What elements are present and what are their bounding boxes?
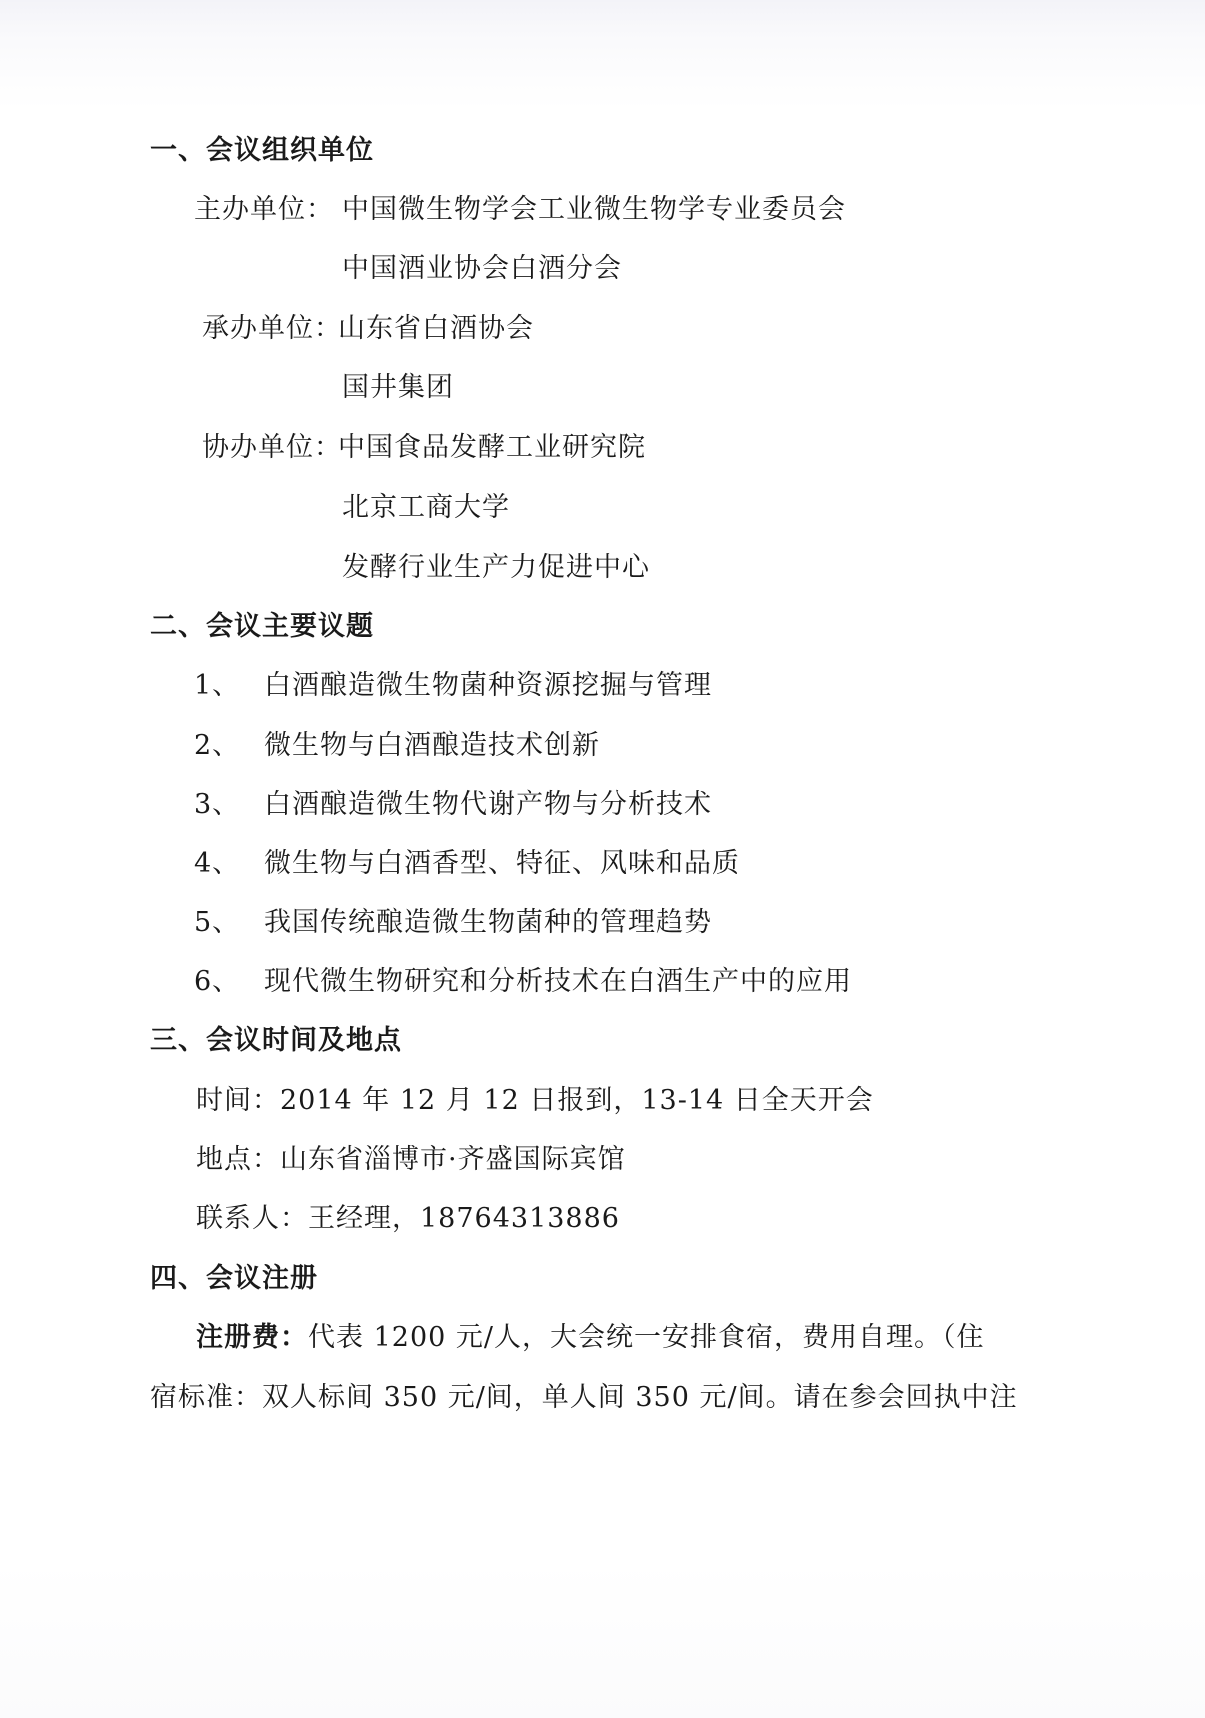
topic-number: 4、 bbox=[194, 847, 264, 881]
topic-text: 白酒酿造微生物菌种资源挖掘与管理 bbox=[264, 670, 712, 701]
topic-text: 白酒酿造微生物代谢产物与分析技术 bbox=[264, 789, 712, 820]
co-organizer-unit-3: 发酵行业生产力促进中心 bbox=[342, 551, 650, 585]
topic-text: 微生物与白酒酿造技术创新 bbox=[264, 730, 600, 761]
topic-number: 6、 bbox=[194, 965, 264, 999]
fee-text-1: 代表 1200 元/人，大会统一安排食宿，费用自理。（住 bbox=[308, 1322, 984, 1353]
topic-item: 5、我国传统酿造微生物菌种的管理趋势 bbox=[194, 906, 712, 940]
topic-text: 现代微生物研究和分析技术在白酒生产中的应用 bbox=[264, 966, 852, 997]
topic-item: 1、白酒酿造微生物菌种资源挖掘与管理 bbox=[194, 669, 712, 703]
topic-item: 2、微生物与白酒酿造技术创新 bbox=[194, 729, 600, 763]
co-organizer-label: 协办单位： bbox=[202, 431, 342, 465]
meeting-time: 时间：2014 年 12 月 12 日报到，13-14 日全天开会 bbox=[196, 1084, 874, 1118]
topic-text: 微生物与白酒香型、特征、风味和品质 bbox=[264, 848, 740, 879]
organizer-unit-1: 山东省白酒协会 bbox=[338, 312, 534, 346]
fee-label: 注册费： bbox=[196, 1322, 308, 1353]
section-heading-topics: 二、会议主要议题 bbox=[150, 610, 374, 644]
host-unit-2: 中国酒业协会白酒分会 bbox=[342, 252, 622, 286]
registration-fee-line-1: 注册费：代表 1200 元/人，大会统一安排食宿，费用自理。（住 bbox=[196, 1321, 984, 1355]
organizer-unit-2: 国井集团 bbox=[342, 371, 454, 405]
topic-item: 4、微生物与白酒香型、特征、风味和品质 bbox=[194, 847, 740, 881]
organizer-label: 承办单位： bbox=[202, 312, 342, 346]
topic-text: 我国传统酿造微生物菌种的管理趋势 bbox=[264, 907, 712, 938]
section-heading-registration: 四、会议注册 bbox=[150, 1262, 318, 1296]
document-page: 一、会议组织单位 主办单位： 中国微生物学会工业微生物学专业委员会 中国酒业协会… bbox=[0, 0, 1205, 1718]
section-heading-time-location: 三、会议时间及地点 bbox=[150, 1024, 402, 1058]
topic-number: 2、 bbox=[194, 729, 264, 763]
registration-fee-line-2: 宿标准：双人标间 350 元/间，单人间 350 元/间。请在参会回执中注 bbox=[150, 1381, 1018, 1415]
host-unit-1: 中国微生物学会工业微生物学专业委员会 bbox=[342, 193, 846, 227]
topic-number: 1、 bbox=[194, 669, 264, 703]
topic-number: 3、 bbox=[194, 788, 264, 822]
co-organizer-unit-2: 北京工商大学 bbox=[342, 491, 510, 525]
host-row: 主办单位： bbox=[194, 193, 334, 227]
host-label: 主办单位： bbox=[194, 193, 334, 227]
meeting-location: 地点：山东省淄博市·齐盛国际宾馆 bbox=[196, 1143, 626, 1177]
co-organizer-unit-1: 中国食品发酵工业研究院 bbox=[338, 431, 646, 465]
contact-person: 联系人：王经理，18764313886 bbox=[196, 1202, 620, 1236]
section-heading-organizers: 一、会议组织单位 bbox=[150, 134, 374, 168]
topic-item: 3、白酒酿造微生物代谢产物与分析技术 bbox=[194, 788, 712, 822]
topic-number: 5、 bbox=[194, 906, 264, 940]
topic-item: 6、现代微生物研究和分析技术在白酒生产中的应用 bbox=[194, 965, 852, 999]
